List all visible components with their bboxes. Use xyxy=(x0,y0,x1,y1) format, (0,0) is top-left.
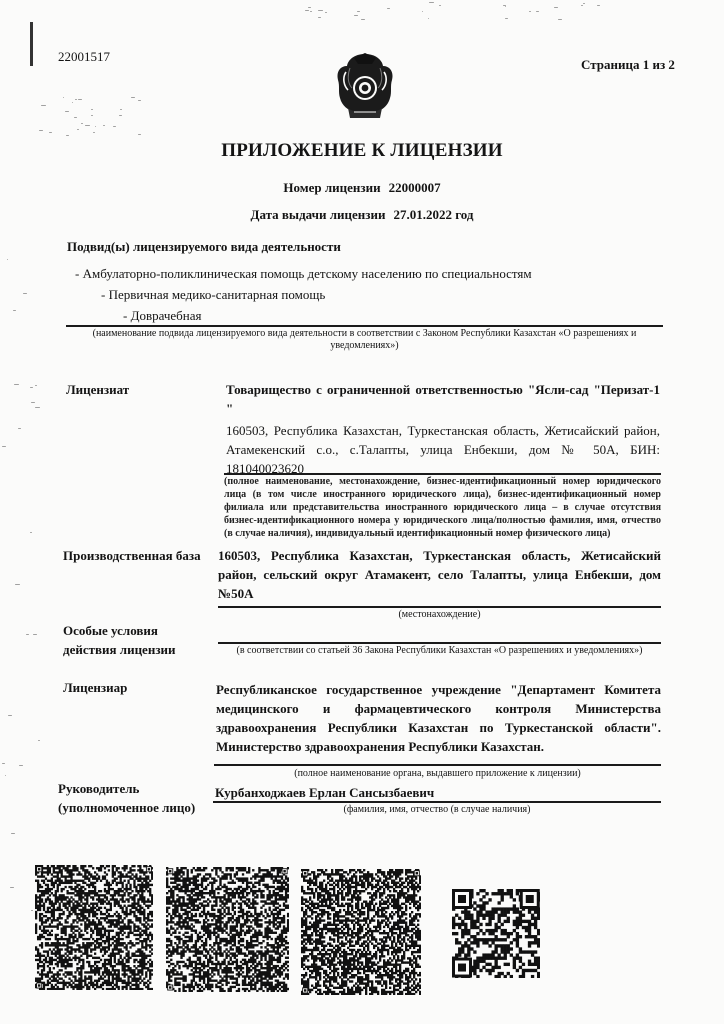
licensee-label: Лицензиат xyxy=(66,380,129,399)
head-label-line1: Руководитель xyxy=(58,779,195,798)
divider xyxy=(213,801,661,803)
qr-code-icon xyxy=(452,889,540,978)
datamatrix-code-icon xyxy=(166,867,289,992)
license-number-label: Номер лицензии xyxy=(283,180,380,195)
datamatrix-code-icon xyxy=(35,865,153,990)
license-number-value: 22000007 xyxy=(389,180,441,195)
page-title: ПРИЛОЖЕНИЕ К ЛИЦЕНЗИИ xyxy=(0,140,724,162)
license-date-label: Дата выдачи лицензии xyxy=(251,207,386,222)
head-label-line2: (уполномоченное лицо) xyxy=(58,798,195,817)
licensee-address: 160503, Республика Казахстан, Туркестанс… xyxy=(226,421,660,478)
license-number-row: Номер лицензии22000007 xyxy=(0,180,724,196)
subtypes-caption: (наименование подвида лицензируемого вид… xyxy=(66,328,663,352)
production-base-address: 160503, Республика Казахстан, Туркестанс… xyxy=(218,546,661,603)
activity-item: - Доврачебная xyxy=(123,308,201,324)
activity-item: - Первичная медико-санитарная помощь xyxy=(101,287,325,303)
divider xyxy=(66,325,663,327)
licensor-label: Лицензиар xyxy=(63,678,127,697)
license-date-row: Дата выдачи лицензии27.01.2022 год xyxy=(0,207,724,223)
licensor-name: Республиканское государственное учрежден… xyxy=(216,680,661,756)
licensee-name: Товарищество с ограниченной ответственно… xyxy=(226,380,660,418)
licensee-caption: (полное наименование, местонахождение, б… xyxy=(224,475,661,540)
special-conditions-label-line2: действия лицензии xyxy=(63,640,176,659)
document-number: 22001517 xyxy=(58,49,110,65)
special-conditions-caption: (в соответствии со статьей 36 Закона Рес… xyxy=(218,645,661,657)
special-conditions-label: Особые условия действия лицензии xyxy=(63,621,176,659)
page-counter: Страница 1 из 2 xyxy=(581,57,675,73)
divider xyxy=(214,764,661,766)
special-conditions-label-line1: Особые условия xyxy=(63,621,176,640)
scan-artifact-bar xyxy=(30,22,33,66)
datamatrix-code-icon xyxy=(301,869,421,995)
divider xyxy=(218,606,661,608)
head-caption: (фамилия, имя, отчество (в случае наличи… xyxy=(213,804,661,816)
production-base-caption: (местонахождение) xyxy=(218,609,661,621)
head-name: Курбанходжаев Ерлан Сансызбаевич xyxy=(215,783,660,802)
divider xyxy=(218,642,661,644)
license-date-value: 27.01.2022 год xyxy=(393,207,473,222)
production-base-label: Производственная база xyxy=(63,546,201,565)
head-label: Руководитель (уполномоченное лицо) xyxy=(58,779,195,817)
licensor-caption: (полное наименование органа, выдавшего п… xyxy=(214,768,661,780)
state-emblem-icon xyxy=(334,52,396,120)
activity-item: - Амбулаторно-поликлиническая помощь дет… xyxy=(75,266,532,282)
subtypes-heading: Подвид(ы) лицензируемого вида деятельнос… xyxy=(67,239,341,255)
